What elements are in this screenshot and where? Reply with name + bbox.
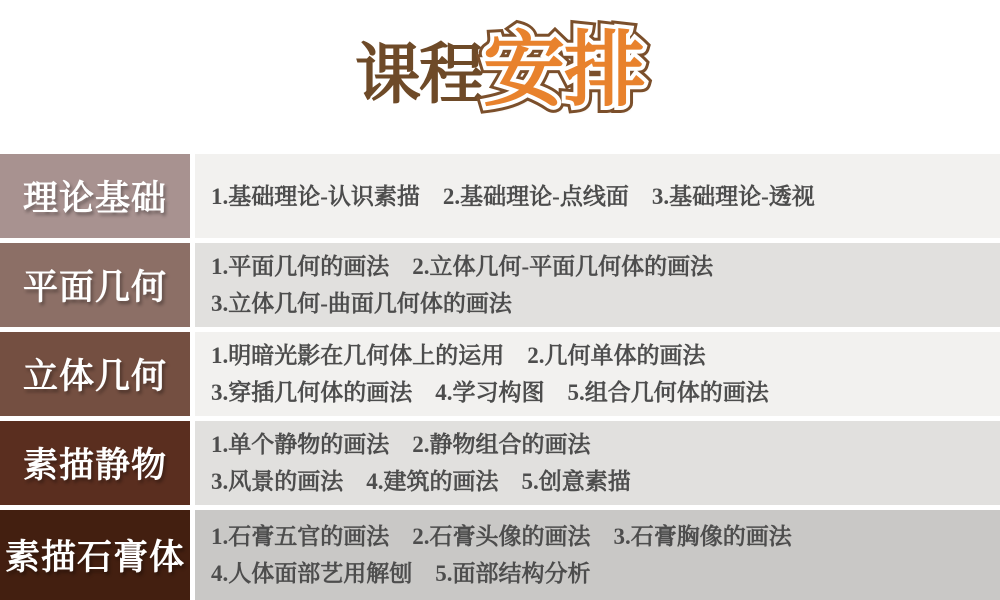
title-text-primary: 课程: [355, 41, 483, 112]
course-items: 1.基础理论-认识素描 2.基础理论-点线面 3.基础理论-透视: [195, 154, 1000, 238]
course-category-label: 立体几何: [0, 332, 190, 416]
title-accent-fill: 安排: [483, 30, 645, 112]
course-items-line: 3.风景的画法 4.建筑的画法 5.创意素描: [211, 463, 1000, 500]
course-row-still-life-sketch: 素描静物 1.单个静物的画法 2.静物组合的画法 3.风景的画法 4.建筑的画法…: [0, 421, 1000, 505]
course-category-label: 平面几何: [0, 243, 190, 327]
course-items-line: 1.平面几何的画法 2.立体几何-平面几何体的画法: [211, 248, 1000, 285]
course-items-line: 1.基础理论-认识素描 2.基础理论-点线面 3.基础理论-透视: [211, 178, 1000, 215]
page-title: 课程 安排 安排 安排: [0, 26, 1000, 112]
course-items-line: 3.立体几何-曲面几何体的画法: [211, 285, 1000, 322]
course-items-line: 1.石膏五官的画法 2.石膏头像的画法 3.石膏胸像的画法: [211, 518, 1000, 555]
course-items: 1.单个静物的画法 2.静物组合的画法 3.风景的画法 4.建筑的画法 5.创意…: [195, 421, 1000, 505]
course-items-line: 1.单个静物的画法 2.静物组合的画法: [211, 426, 1000, 463]
course-schedule-table: 理论基础 1.基础理论-认识素描 2.基础理论-点线面 3.基础理论-透视 平面…: [0, 154, 1000, 600]
course-items: 1.明暗光影在几何体上的运用 2.几何单体的画法 3.穿插几何体的画法 4.学习…: [195, 332, 1000, 416]
course-row-plane-geometry: 平面几何 1.平面几何的画法 2.立体几何-平面几何体的画法 3.立体几何-曲面…: [0, 243, 1000, 327]
course-category-label: 理论基础: [0, 154, 190, 238]
course-items-line: 1.明暗光影在几何体上的运用 2.几何单体的画法: [211, 337, 1000, 374]
course-category-label: 素描静物: [0, 421, 190, 505]
course-row-theory-basics: 理论基础 1.基础理论-认识素描 2.基础理论-点线面 3.基础理论-透视: [0, 154, 1000, 238]
course-items: 1.平面几何的画法 2.立体几何-平面几何体的画法 3.立体几何-曲面几何体的画…: [195, 243, 1000, 327]
course-row-solid-geometry: 立体几何 1.明暗光影在几何体上的运用 2.几何单体的画法 3.穿插几何体的画法…: [0, 332, 1000, 416]
course-category-label: 素描石膏体: [0, 510, 190, 600]
course-row-plaster-sketch: 素描石膏体 1.石膏五官的画法 2.石膏头像的画法 3.石膏胸像的画法 4.人体…: [0, 510, 1000, 600]
course-items-line: 4.人体面部艺用解刨 5.面部结构分析: [211, 555, 1000, 592]
course-items: 1.石膏五官的画法 2.石膏头像的画法 3.石膏胸像的画法 4.人体面部艺用解刨…: [195, 510, 1000, 600]
title-text-accent: 安排 安排 安排: [483, 30, 645, 112]
course-items-line: 3.穿插几何体的画法 4.学习构图 5.组合几何体的画法: [211, 374, 1000, 411]
